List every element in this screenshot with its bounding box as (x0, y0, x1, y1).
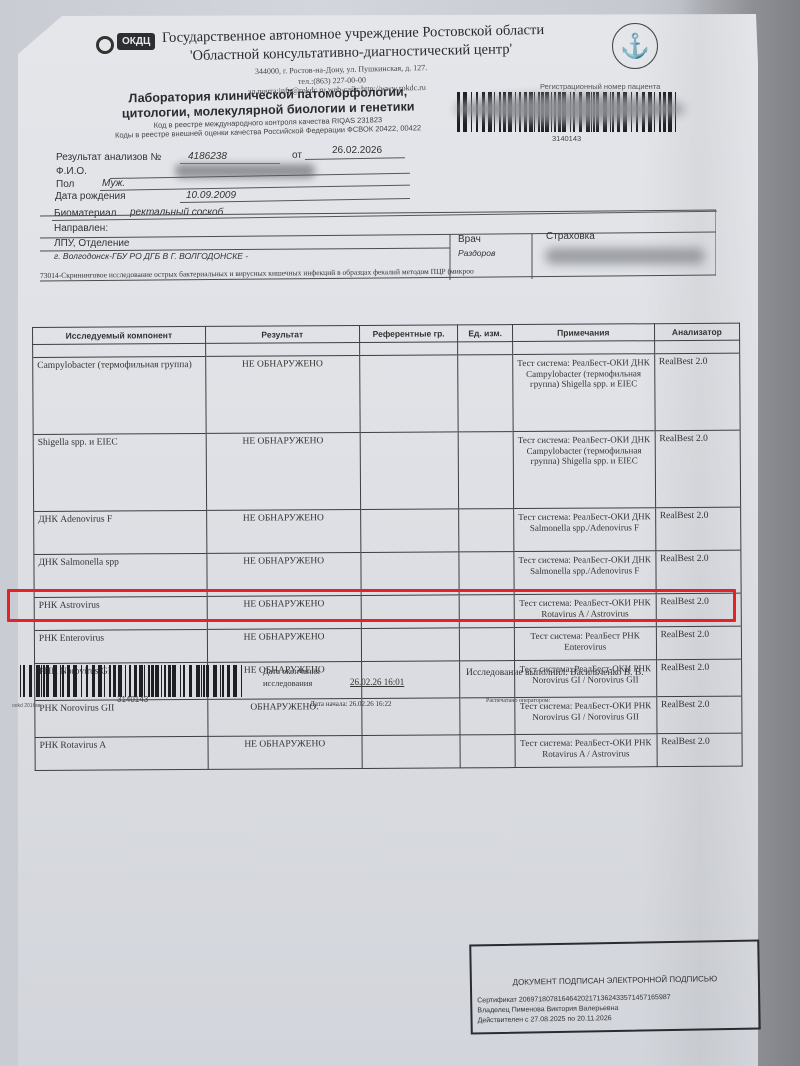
col-header-notes: Примечания (512, 324, 654, 342)
signature-validity: Действителен с 27.08.2025 по 20.11.2026 (477, 1013, 671, 1026)
end-date-label-line1: Дата окончания (263, 665, 320, 677)
signature-title: ДОКУМЕНТ ПОДПИСАН ЭЛЕКТРОННОЙ ПОДПИСЬЮ (472, 974, 758, 988)
cell-result: НЕ ОБНАРУЖЕНО (206, 509, 360, 553)
cell-result: НЕ ОБНАРУЖЕНО (206, 432, 361, 510)
col-header-unit: Ед. изм. (458, 325, 513, 342)
result-date: 26.02.2026 (332, 145, 382, 156)
referral-label: Направлен: (54, 223, 108, 234)
cell-component: Shigella spp. и EIEC (33, 433, 206, 511)
cell-note: Тест система: РеалБест-ОКИ ДНК Campyloba… (513, 431, 655, 509)
department-value: г. Волгодонск-ГБУ РО ДГБ В Г. ВОЛГОДОНСК… (54, 251, 248, 261)
department-label: ЛПУ, Отделение (54, 238, 130, 249)
table-row: Shigella spp. и EIECНЕ ОБНАРУЖЕНОТест си… (33, 430, 740, 511)
end-date-label-line2: исследования (263, 677, 320, 689)
cell-analyzer: RealBest 2.0 (655, 507, 741, 551)
cell-analyzer: RealBest 2.0 (656, 696, 742, 734)
registration-label: Регистрационный номер пациента (540, 82, 660, 91)
cell-component: РНК Norovirus GII (35, 699, 208, 737)
cell-note: Тест система: РеалБест-ОКИ ДНК Salmonell… (514, 551, 656, 595)
cell-analyzer: RealBest 2.0 (656, 550, 742, 594)
performed-by-value: Васильченко В. В. (570, 668, 643, 678)
result-number-label: Результат анализов № (56, 152, 161, 163)
cell-note: Тест система: РеалБест-ОКИ ДНК Salmonell… (513, 508, 655, 552)
cell-analyzer: RealBest 2.0 (655, 430, 741, 508)
cell-unit (458, 355, 513, 432)
cell-result: НЕ ОБНАРУЖЕНО (205, 356, 360, 434)
cell-reference (362, 735, 461, 769)
anchor-seal-icon: ⚓ (612, 23, 658, 69)
cell-unit (460, 661, 515, 698)
cell-reference (359, 355, 458, 433)
cell-analyzer: RealBest 2.0 (657, 733, 743, 767)
cell-analyzer: RealBest 2.0 (654, 353, 740, 431)
table-row: РНК EnterovirusНЕ ОБНАРУЖЕНОТест система… (34, 626, 741, 663)
dob-label: Дата рождения (55, 191, 126, 202)
registration-number: 3140143 (552, 134, 581, 143)
start-date-label: Дата начала: (310, 700, 348, 708)
doctor-label: Врач (458, 234, 481, 245)
end-date-label: Дата окончания исследования (263, 665, 320, 689)
e-signature-stamp: ДОКУМЕНТ ПОДПИСАН ЭЛЕКТРОННОЙ ПОДПИСЬЮ С… (469, 939, 761, 1034)
insurance-label: Страховка (546, 231, 595, 242)
cell-reference (360, 432, 459, 510)
printed-by-label: Распечатано оператором: (486, 698, 550, 704)
table-row: ДНК Adenovirus FНЕ ОБНАРУЖЕНОТест систем… (34, 507, 741, 554)
cell-note: Тест система: РеалБест-ОКИ ДНК Campyloba… (513, 354, 655, 432)
result-date-prefix: от (292, 150, 302, 161)
cell-component: РНК Enterovirus (34, 629, 207, 663)
cell-result: НЕ ОБНАРУЖЕНО (208, 735, 362, 769)
org-emblem-icon (96, 36, 114, 54)
cell-reference (361, 628, 460, 662)
start-date-value: 26.02.26 16:22 (349, 700, 391, 708)
performed-by-label: Исследование выполнил: (466, 668, 568, 678)
table-row: РНК Rotavirus AНЕ ОБНАРУЖЕНОТест система… (35, 733, 742, 770)
performed-by: Исследование выполнил: Васильченко В. В. (466, 668, 644, 678)
col-header-result: Результат (205, 326, 359, 344)
cell-note: Тест система: РеалБест РНК Enterovirus (514, 627, 656, 661)
sex-value: Муж. (102, 178, 125, 189)
cell-note: Тест система: РеалБест-ОКИ РНК Norovirus… (514, 660, 656, 698)
cell-unit (459, 509, 514, 552)
redacted-insurance (545, 248, 705, 264)
start-date: Дата начала: 26.02.26 16:22 (310, 700, 391, 708)
barcode-number: 3140143 (117, 695, 148, 704)
full-name-label: Ф.И.О. (56, 166, 87, 177)
cell-result: НЕ ОБНАРУЖЕНО (207, 628, 361, 662)
form-code: ookd 2016кв (12, 703, 40, 709)
cell-unit (460, 735, 515, 768)
col-header-component: Исследуемый компонент (33, 326, 206, 344)
cell-component: Campylobacter (термофильная группа) (33, 356, 206, 434)
cell-analyzer: RealBest 2.0 (656, 626, 742, 660)
sample-barcode (18, 665, 250, 697)
dob-value: 10.09.2009 (186, 190, 236, 201)
cell-component: ДНК Adenovirus F (34, 510, 207, 554)
table-row: Campylobacter (термофильная группа)НЕ ОБ… (33, 353, 740, 434)
cell-unit (460, 628, 515, 661)
cell-reference (360, 509, 459, 553)
redacted-barcode-area (455, 95, 685, 123)
sex-label: Пол (56, 179, 74, 190)
end-date-value: 26.02.26 16:01 (350, 677, 404, 687)
org-logo: ОКДЦ (117, 33, 155, 50)
cell-unit (459, 432, 514, 509)
result-number: 4186238 (188, 151, 227, 162)
cell-analyzer: RealBest 2.0 (656, 659, 742, 697)
cell-note: Тест система: РеалБест-ОКИ РНК Rotavirus… (515, 734, 657, 768)
cell-component: РНК Rotavirus A (35, 736, 208, 770)
col-header-reference: Референтные гр. (359, 325, 458, 343)
col-header-analyzer: Анализатор (654, 323, 739, 341)
doctor-value: Раздоров (458, 248, 495, 258)
highlight-norovirus-gii (7, 589, 736, 622)
